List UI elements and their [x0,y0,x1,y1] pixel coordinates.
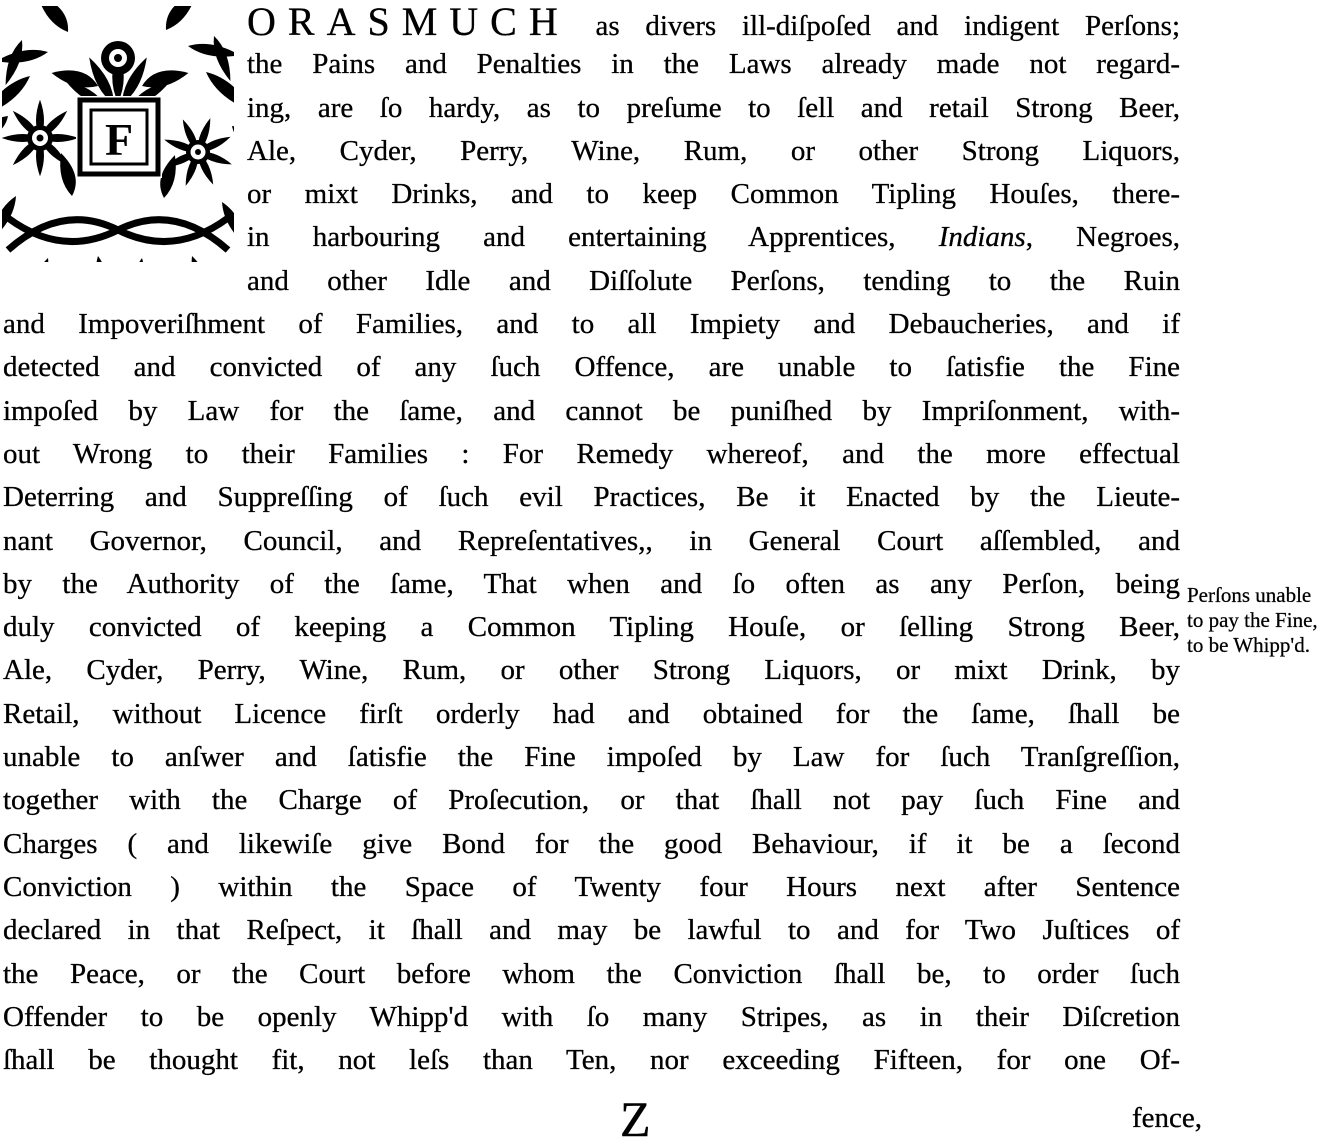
text-line-12: Deterring and Suppreſſing of ſuch evil P… [3,476,1180,519]
text-line-25: ſhall be thought fit, not leſs than Ten,… [3,1039,1180,1082]
margin-note: Perſons unable to pay the Fine, to be Wh… [1187,583,1335,658]
text-line-4: Ale, Cyder, Perry, Wine, Rum, or other S… [247,130,1180,173]
italic-word-indians: Indians [939,221,1026,253]
text-line-10: impoſed by Law for the ſame, and cannot … [3,390,1180,433]
margin-note-line: to be Whipp'd. [1187,633,1335,658]
opening-word: ORASMUCH [247,0,570,44]
text-line-6: in harbouring and entertaining Apprentic… [247,216,1180,259]
text-line-7: and other Idle and Diſſolute Perſons, te… [247,260,1180,303]
text-line-20: Charges ( and likewiſe give Bond for the… [3,823,1180,866]
text-line-13: nant Governor, Council, and Repreſentati… [3,520,1180,563]
text-line-22: declared in that Reſpect, it ſhall and m… [3,909,1180,952]
text-line-2: the Pains and Penalties in the Laws alre… [247,43,1180,86]
text-line-1: ORASMUCH as divers ill-diſpoſed and indi… [247,0,1180,43]
text-segment: , Negroes, [1026,221,1180,253]
text-line-15: duly convicted of keeping a Common Tipli… [3,606,1180,649]
text-line-5: or mixt Drinks, and to keep Common Tipli… [247,173,1180,216]
text-line-23: the Peace, or the Court before whom the … [3,953,1180,996]
catch-line: Z fence, [3,1082,1180,1142]
body-text: ORASMUCH as divers ill-diſpoſed and indi… [3,0,1180,1142]
text-line-14: by the Authority of the ſame, That when … [3,563,1180,606]
text-line-8: and Impoveriſhment of Families, and to a… [3,303,1180,346]
signature-mark: Z [620,1094,651,1144]
margin-note-line: to pay the Fine, [1187,608,1335,633]
margin-note-line: Perſons unable [1187,583,1335,608]
catchword: fence, [1132,1104,1202,1133]
text-line-9: detected and convicted of any ſuch Offen… [3,346,1180,389]
text-line-11: out Wrong to their Families : For Remedy… [3,433,1180,476]
text-line-3: ing, are ſo hardy, as to preſume to ſell… [247,87,1180,130]
text-line-21: Conviction ) within the Space of Twenty … [3,866,1180,909]
text-line-17: Retail, without Licence firſt orderly ha… [3,693,1180,736]
text-line-19: together with the Charge of Proſecution,… [3,779,1180,822]
text-segment: as divers ill-diſpoſed and indigent Perſ… [570,10,1180,42]
text-line-16: Ale, Cyder, Perry, Wine, Rum, or other S… [3,649,1180,692]
text-line-24: Offender to be openly Whipp'd with ſo ma… [3,996,1180,1039]
text-line-18: unable to anſwer and ſatisfie the Fine i… [3,736,1180,779]
text-segment: in harbouring and entertaining Apprentic… [247,221,939,253]
document-page: F ORASMUCH as divers ill-diſpoſed and in… [0,0,1335,1144]
